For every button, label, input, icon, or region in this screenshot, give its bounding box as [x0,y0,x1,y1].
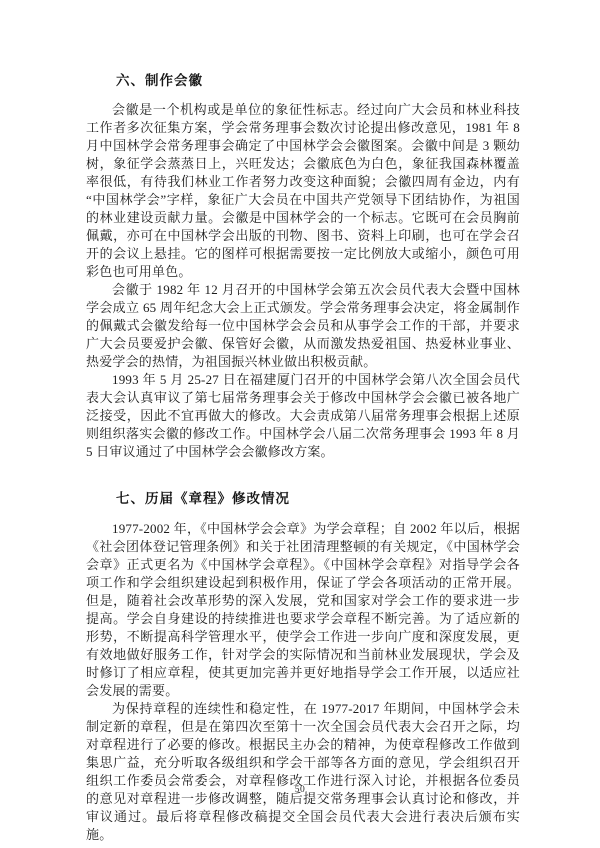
paragraph-emblem-issue: 会徽于 1982 年 12 月召开的中国林学会第五次会员代表大会暨中国林学会成立… [86,281,520,371]
section-heading-charter-revisions: 七、历届《章程》修改情况 [116,490,520,507]
page-content: 六、制作会徽 会徽是一个机构或是单位的象征性标志。经过向广大会员和林业科技工作者… [86,72,520,844]
paragraph-emblem-revision: 1993 年 5 月 25-27 日在福建厦门召开的中国林学会第八次全国会员代表… [86,371,520,461]
paragraph-charter-amendment-process: 为保持章程的连续性和稳定性，在 1977-2017 年期间，中国林学会未制定新的… [86,700,520,844]
paragraph-emblem-design: 会徽是一个机构或是单位的象征性标志。经过向广大会员和林业科技工作者多次征集方案，… [86,101,520,281]
paragraph-charter-history: 1977-2002 年，《中国林学会会章》为学会章程；自 2002 年以后，根据… [86,520,520,700]
document-page: 六、制作会徽 会徽是一个机构或是单位的象征性标志。经过向广大会员和林业科技工作者… [0,0,600,848]
section-heading-making-emblem: 六、制作会徽 [116,72,520,89]
page-number: 50 [0,785,600,795]
